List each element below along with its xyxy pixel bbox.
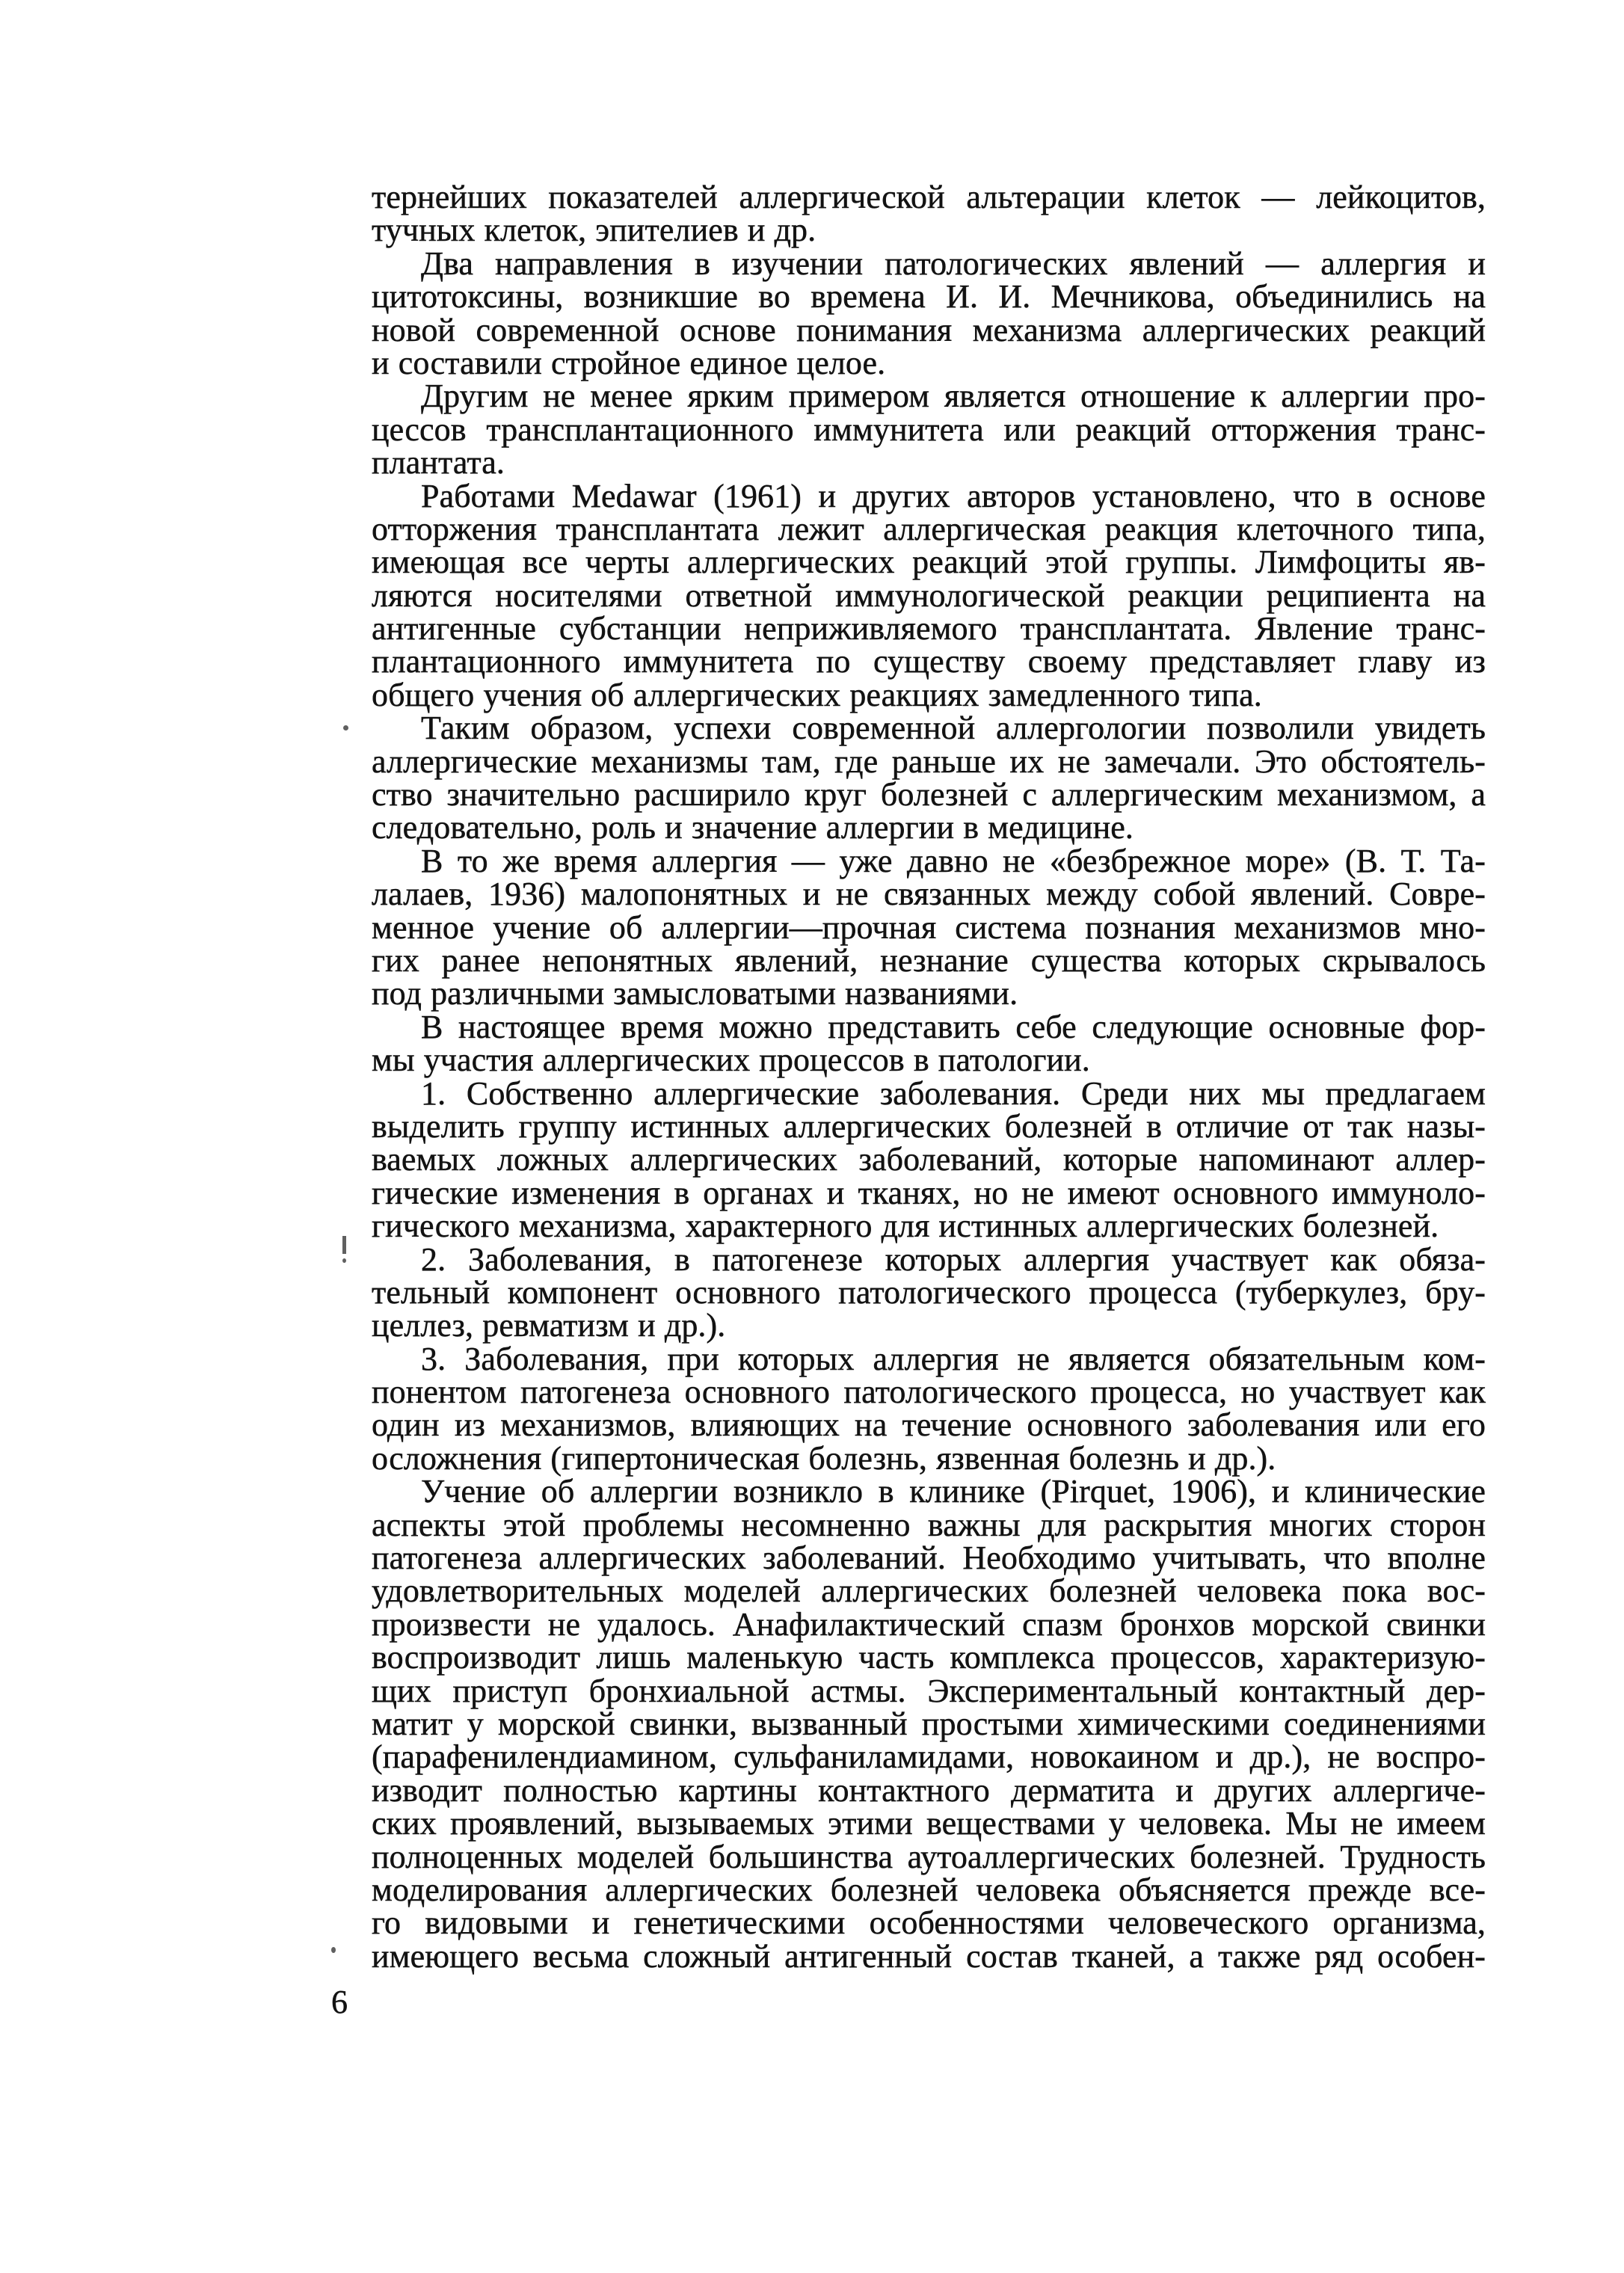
text-line: плантата.	[372, 446, 1486, 479]
text-line: Работами Medawar (1961) и других авторов…	[372, 480, 1486, 513]
text-line: гих ранее непонятных явлений, незнание с…	[372, 944, 1486, 977]
text-line: патогенеза аллергических заболеваний. Не…	[372, 1542, 1486, 1575]
text-line: тучных клеток, эпителиев и др.	[372, 214, 1486, 247]
scanned-book-page: тернейших показателей аллергической альт…	[0, 0, 1624, 2273]
text-line: имеющая все черты аллергических реакций …	[372, 546, 1486, 579]
text-line: ляются носителями ответной иммунологичес…	[372, 579, 1486, 612]
text-line: (парафенилендиамином, сульфаниламидами, …	[372, 1741, 1486, 1774]
text-line: понентом патогенеза основного патологиче…	[372, 1376, 1486, 1409]
text-line: ваемых ложных аллергических заболеваний,…	[372, 1143, 1486, 1176]
text-line: В настоящее время можно представить себе…	[372, 1011, 1486, 1044]
text-line: осложнения (гипертоническая болезнь, язв…	[372, 1442, 1486, 1475]
text-line: цессов трансплантационного иммунитета ил…	[372, 413, 1486, 446]
scan-artifact	[343, 725, 348, 731]
text-line: щих приступ бронхиальной астмы. Эксперим…	[372, 1675, 1486, 1708]
text-line: Таким образом, успехи современной аллерг…	[372, 712, 1486, 745]
text-line: цитотоксины, возникшие во времена И. И. …	[372, 280, 1486, 313]
text-line: выделить группу истинных аллергических б…	[372, 1110, 1486, 1143]
text-line: 3. Заболевания, при которых аллергия не …	[372, 1343, 1486, 1376]
text-line: менное учение об аллергии—прочная систем…	[372, 911, 1486, 944]
text-line: 1. Собственно аллергические заболевания.…	[372, 1077, 1486, 1110]
scan-artifact	[331, 1947, 336, 1953]
paragraph: Два направления в изучении патологически…	[372, 247, 1486, 381]
text-line: общего учения об аллергических реакциях …	[372, 679, 1486, 712]
text-line: произвести не удалось. Анафилактический …	[372, 1608, 1486, 1641]
text-line: под различными замысловатыми названиями.	[372, 977, 1486, 1010]
text-line: один из механизмов, влияющих на течение …	[372, 1409, 1486, 1442]
text-line: целлез, ревматизм и др.).	[372, 1309, 1486, 1342]
text-line: воспроизводит лишь маленькую часть компл…	[372, 1641, 1486, 1674]
text-line: го видовыми и генетическими особенностям…	[372, 1907, 1486, 1940]
paragraph: Учение об аллергии возникло в клинике (P…	[372, 1475, 1486, 1973]
paragraph: Таким образом, успехи современной аллерг…	[372, 712, 1486, 845]
text-line: Учение об аллергии возникло в клинике (P…	[372, 1475, 1486, 1508]
text-line: моделирования аллергических болезней чел…	[372, 1874, 1486, 1907]
paragraph: тернейших показателей аллергической альт…	[372, 181, 1486, 247]
text-line: ство значительно расширило круг болезней…	[372, 778, 1486, 811]
text-line: гического механизма, характерного для ис…	[372, 1210, 1486, 1243]
scan-artifact	[342, 1236, 346, 1254]
text-line: плантационного иммунитета по существу св…	[372, 645, 1486, 678]
text-line: имеющего весьма сложный антигенный соста…	[372, 1940, 1486, 1973]
text-line: матит у морской свинки, вызванный просты…	[372, 1708, 1486, 1741]
page-number: 6	[331, 1986, 348, 2019]
paragraph: 1. Собственно аллергические заболевания.…	[372, 1077, 1486, 1243]
paragraph: 3. Заболевания, при которых аллергия не …	[372, 1343, 1486, 1476]
text-line: Два направления в изучении патологически…	[372, 247, 1486, 280]
text-line: 2. Заболевания, в патогенезе которых алл…	[372, 1243, 1486, 1276]
text-line: изводит полностью картины контактного де…	[372, 1774, 1486, 1807]
paragraph: Работами Medawar (1961) и других авторов…	[372, 480, 1486, 713]
text-block: тернейших показателей аллергической альт…	[372, 181, 1486, 1973]
text-line: тельный компонент основного патологическ…	[372, 1276, 1486, 1309]
paragraph: 2. Заболевания, в патогенезе которых алл…	[372, 1243, 1486, 1343]
paragraph: В настоящее время можно представить себе…	[372, 1011, 1486, 1077]
text-line: новой современной основе понимания механ…	[372, 314, 1486, 347]
text-line: отторжения трансплантата лежит аллергиче…	[372, 513, 1486, 546]
text-line: тернейших показателей аллергической альт…	[372, 181, 1486, 214]
text-line: гические изменения в органах и тканях, н…	[372, 1177, 1486, 1210]
text-line: антигенные субстанции неприживляемого тр…	[372, 612, 1486, 645]
text-line: следовательно, роль и значение аллергии …	[372, 811, 1486, 844]
paragraph: В то же время аллергия — уже давно не «б…	[372, 845, 1486, 1011]
text-line: лалаев, 1936) малопонятных и не связанны…	[372, 878, 1486, 911]
text-line: удовлетворительных моделей аллергических…	[372, 1575, 1486, 1608]
text-line: В то же время аллергия — уже давно не «б…	[372, 845, 1486, 878]
text-line: ских проявлений, вызываемых этими вещест…	[372, 1807, 1486, 1840]
text-line: аллергические механизмы там, где раньше …	[372, 745, 1486, 778]
paragraph: Другим не менее ярким примером является …	[372, 380, 1486, 479]
text-line: аспекты этой проблемы несомненно важны д…	[372, 1509, 1486, 1542]
text-line: мы участия аллергических процессов в пат…	[372, 1044, 1486, 1077]
text-line: полноценных моделей большинства аутоалле…	[372, 1841, 1486, 1874]
text-line: и составили стройное единое целое.	[372, 347, 1486, 380]
scan-artifact	[342, 1258, 346, 1263]
text-line: Другим не менее ярким примером является …	[372, 380, 1486, 413]
